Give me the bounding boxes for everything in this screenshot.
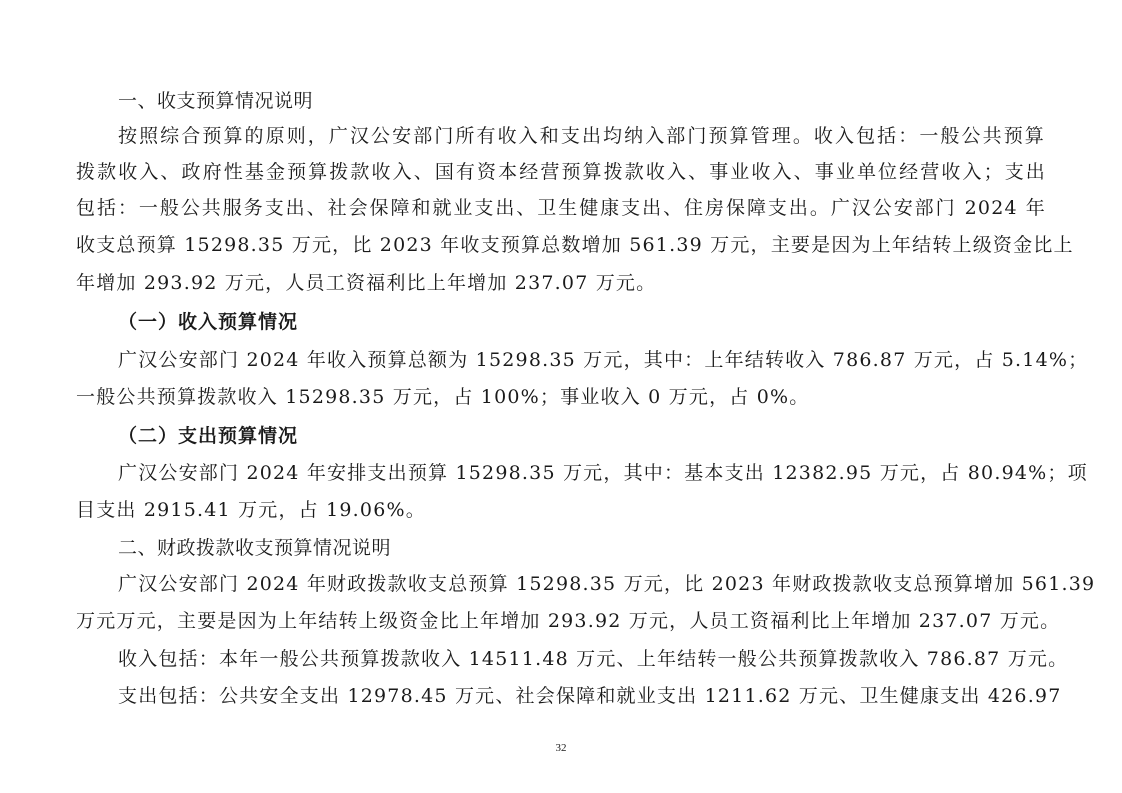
section-heading-budget-overview: 一、收支预算情况说明 <box>118 89 313 113</box>
paragraph-line: 支出包括：公共安全支出 12978.45 万元、社会保障和就业支出 1211.6… <box>118 684 1045 708</box>
paragraph-line: 万元万元，主要是因为上年结转上级资金比上年增加 293.92 万元，人员工资福利… <box>76 609 1046 633</box>
paragraph-line: 广汉公安部门 2024 年财政拨款收支总预算 15298.35 万元，比 202… <box>118 572 1045 596</box>
paragraph-line: 广汉公安部门 2024 年收入预算总额为 15298.35 万元，其中：上年结转… <box>118 348 1045 372</box>
paragraph-line: 年增加 293.92 万元，人员工资福利比上年增加 237.07 万元。 <box>76 271 656 295</box>
paragraph-line: 一般公共预算拨款收入 15298.35 万元，占 100%；事业收入 0 万元，… <box>76 385 809 409</box>
subsection-heading-income-budget: （一）收入预算情况 <box>118 310 298 334</box>
page-number: 32 <box>0 742 1122 754</box>
paragraph-line: 广汉公安部门 2024 年安排支出预算 15298.35 万元，其中：基本支出 … <box>118 461 1045 485</box>
paragraph-line: 目支出 2915.41 万元，占 19.06%。 <box>76 498 426 522</box>
document-page: 一、收支预算情况说明 按照综合预算的原则，广汉公安部门所有收入和支出均纳入部门预… <box>0 0 1122 793</box>
section-heading-fiscal-appropriation: 二、财政拨款收支预算情况说明 <box>118 536 391 560</box>
paragraph-line: 按照综合预算的原则，广汉公安部门所有收入和支出均纳入部门预算管理。收入包括：一般… <box>118 124 1045 148</box>
paragraph-line: 包括：一般公共服务支出、社会保障和就业支出、卫生健康支出、住房保障支出。广汉公安… <box>76 196 1046 220</box>
subsection-heading-expenditure-budget: （二）支出预算情况 <box>118 424 298 448</box>
paragraph-line: 收支总预算 15298.35 万元，比 2023 年收支预算总数增加 561.3… <box>76 233 1046 257</box>
paragraph-line: 拨款收入、政府性基金预算拨款收入、国有资本经营预算拨款收入、事业收入、事业单位经… <box>76 160 1046 184</box>
paragraph-line: 收入包括：本年一般公共预算拨款收入 14511.48 万元、上年结转一般公共预算… <box>118 647 1045 671</box>
